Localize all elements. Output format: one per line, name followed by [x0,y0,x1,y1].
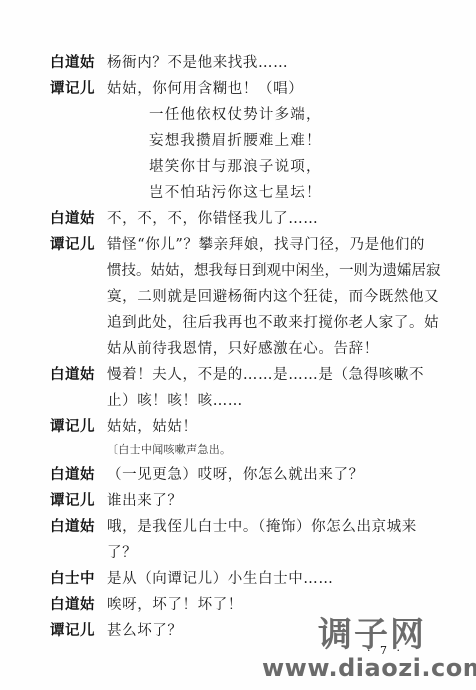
speaker-label: 谭记儿 [50,77,95,101]
dialogue-continuation: 姑从前待我恩情，只好感激在心。告辞！ [0,337,476,361]
dialogue-text: 错怪“你儿”？攀亲拜娘，找寻门径，乃是他们的 [107,233,425,257]
verse-line: 岂不怕玷污你这七星坛！ [0,181,476,205]
dialogue-continuation: 追到此处，往后我再也不敢来打搅你老人家了。姑 [0,311,476,335]
speaker-label: 谭记儿 [50,415,95,439]
dialogue-line: 谭记儿 姑姑，姑姑！ [0,415,476,439]
speaker-label: 谭记儿 [50,233,95,257]
dialogue-text: 慢着！夫人，不是的……是……是（急得咳嗽不 [107,363,424,387]
speaker-label: 白道姑 [50,515,95,539]
dialogue-line: 白道姑 慢着！夫人，不是的……是……是（急得咳嗽不 [0,363,476,387]
script-page: 白道姑 杨衙内？不是他来找我…… 谭记儿 姑姑，你何用含糊也！（唱） 一任他依权… [0,0,476,690]
dialogue-text: 杨衙内？不是他来找我…… [107,51,288,75]
speaker-label: 白道姑 [50,207,95,231]
dialogue-line: 谭记儿 姑姑，你何用含糊也！（唱） [0,77,476,101]
dialogue-continuation: 寞，二则就是回避杨衙内这个狂徒，而今既然他又 [0,285,476,309]
dialogue-line: 白道姑 哦，是我侄儿白士中。（掩饰）你怎么出京城来 [0,515,476,539]
watermark-url: www.diaozi.com [262,655,476,681]
dialogue-line: 谭记儿 谁出来了？ [0,489,476,513]
speaker-label: 白道姑 [50,593,95,617]
dialogue-text: 是从（向谭记儿）小生白士中…… [107,567,334,591]
dialogue-line: 白道姑 杨衙内？不是他来找我…… [0,51,476,75]
dialogue-line: 白士中 是从（向谭记儿）小生白士中…… [0,567,476,591]
dialogue-text: 甚么坏了？ [107,619,183,643]
dialogue-line: 白道姑 （一见更急）哎呀，你怎么就出来了？ [0,463,476,487]
dialogue-text: 姑姑，你何用含糊也！（唱） [107,77,303,101]
verse-text: 一任他依权仗势计多端， [149,103,322,127]
dialogue-text: 止）咳！咳！咳…… [107,389,243,413]
verse-text: 妄想我攒眉折腰难上难！ [149,129,322,153]
speaker-label: 白道姑 [50,463,95,487]
verse-line: 妄想我攒眉折腰难上难！ [0,129,476,153]
dialogue-text: （一见更急）哎呀，你怎么就出来了？ [107,463,364,487]
dialogue-text: 寞，二则就是回避杨衙内这个狂徒，而今既然他又 [107,285,439,309]
dialogue-text: 姑从前待我恩情，只好感激在心。告辞！ [107,337,379,361]
speaker-label: 谭记儿 [50,489,95,513]
dialogue-text: 唉呀，坏了！坏了！ [107,593,243,617]
speaker-label: 谭记儿 [50,619,95,643]
stage-direction: 〔白士中闻咳嗽声急出。 [0,438,476,462]
dialogue-text: 谁出来了？ [107,489,183,513]
speaker-label: 白道姑 [50,51,95,75]
speaker-label: 白道姑 [50,363,95,387]
dialogue-text: 惯技。姑姑，想我每日到观中闲坐，一则为遗孀居寂 [107,259,441,283]
dialogue-line: 白道姑 唉呀，坏了！坏了！ [0,593,476,617]
dialogue-text: 姑姑，姑姑！ [107,415,198,439]
dialogue-continuation: 止）咳！咳！咳…… [0,389,476,413]
dialogue-line: 白道姑 不，不，不，你错怪我儿了…… [0,207,476,231]
verse-text: 岂不怕玷污你这七星坛！ [149,181,322,205]
dialogue-text: 哦，是我侄儿白士中。（掩饰）你怎么出京城来 [107,515,417,539]
dialogue-continuation: 惯技。姑姑，想我每日到观中闲坐，一则为遗孀居寂 [0,259,476,283]
verse-text: 堪笑你甘与那浪子说项， [149,155,322,179]
stage-direction-text: 〔白士中闻咳嗽声急出。 [107,438,231,462]
speaker-label: 白士中 [50,567,95,591]
dialogue-text: 追到此处，往后我再也不敢来打搅你老人家了。姑 [107,311,439,335]
verse-line: 一任他依权仗势计多端， [0,103,476,127]
dialogue-continuation: 了？ [0,541,476,565]
dialogue-text: 了？ [107,541,137,565]
dialogue-text: 不，不，不，你错怪我儿了…… [107,207,318,231]
verse-line: 堪笑你甘与那浪子说项， [0,155,476,179]
dialogue-line: 谭记儿 错怪“你儿”？攀亲拜娘，找寻门径，乃是他们的 [0,233,476,257]
